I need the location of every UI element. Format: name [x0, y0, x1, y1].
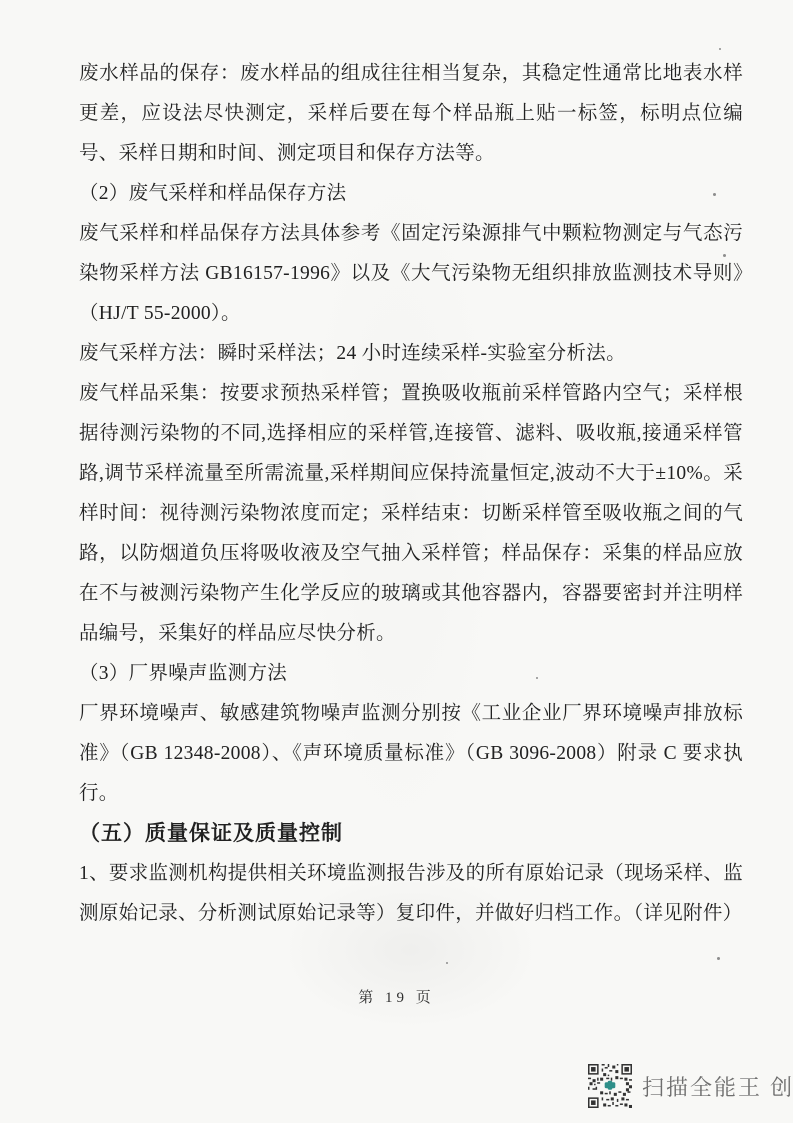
camscanner-watermark: 扫描全能王 创建: [588, 1064, 793, 1108]
qr-code-icon: [588, 1064, 632, 1108]
heading-waste-gas-sampling-method: （2）废气采样和样品保存方法: [79, 174, 743, 214]
document-body: 废水样品的保存：废水样品的组成往往相当复杂，其稳定性通常比地表水样更差，应设法尽…: [79, 54, 743, 934]
paragraph-noise-standards: 厂界环境噪声、敏感建筑物噪声监测分别按《工业企业厂界环境噪声排放标准》（GB 1…: [79, 694, 743, 814]
paragraph-waste-gas-sampling-types: 废气采样方法：瞬时采样法；24 小时连续采样-实验室分析法。: [79, 334, 743, 374]
scan-speck: [719, 48, 721, 50]
paragraph-waste-gas-sample-collection: 废气样品采集：按要求预热采样管；置换吸收瓶前采样管路内空气；采样根据待测污染物的…: [79, 374, 743, 654]
camscanner-watermark-label: 扫描全能王 创建: [642, 1071, 793, 1102]
paragraph-wastewater-sample-preservation: 废水样品的保存：废水样品的组成往往相当复杂，其稳定性通常比地表水样更差，应设法尽…: [79, 54, 743, 174]
scan-speck: [446, 962, 448, 964]
scan-speck: [717, 957, 720, 960]
page-number: 第 19 页: [0, 986, 793, 1007]
paragraph-waste-gas-reference-standards: 废气采样和样品保存方法具体参考《固定污染源排气中颗粒物测定与气态污染物采样方法 …: [79, 214, 743, 334]
heading-quality-assurance-control: （五）质量保证及质量控制: [79, 814, 743, 854]
heading-boundary-noise-monitoring: （3）厂界噪声监测方法: [79, 654, 743, 694]
paragraph-original-records-requirement: 1、要求监测机构提供相关环境监测报告涉及的所有原始记录（现场采样、监测原始记录、…: [79, 854, 743, 934]
scanned-document-page: 废水样品的保存：废水样品的组成往往相当复杂，其稳定性通常比地表水样更差，应设法尽…: [0, 0, 793, 1123]
